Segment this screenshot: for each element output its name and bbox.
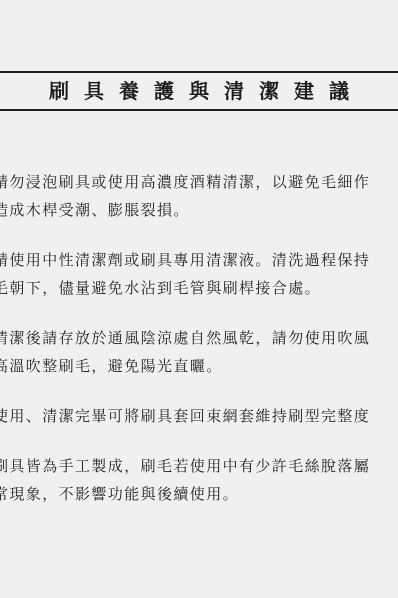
paragraph-line: 清潔後請存放於通風陰涼處自然風乾，請勿使用吹風 <box>0 324 398 352</box>
paragraph-line: 刷具皆為手工製成，刷毛若使用中有少許毛絲脫落屬 <box>0 452 398 480</box>
care-instructions: 請勿浸泡刷具或使用高濃度酒精清潔，以避免毛細作 造成木桿受潮、膨脹裂損。 請使用… <box>0 168 398 530</box>
title-band: 刷具養護與清潔建議 <box>0 71 398 111</box>
paragraph-shedding: 刷具皆為手工製成，刷毛若使用中有少許毛絲脫落屬 常現象，不影響功能與後續使用。 <box>0 452 398 508</box>
paragraph-storage: 使用、清潔完畢可將刷具套回束網套維持刷型完整度 <box>0 402 398 430</box>
paragraph-line: 請勿浸泡刷具或使用高濃度酒精清潔，以避免毛細作 <box>0 168 398 196</box>
paragraph-line: 常現象，不影響功能與後續使用。 <box>0 480 398 508</box>
paragraph-line: 毛朝下，儘量避免水沾到毛管與刷桿接合處。 <box>0 274 398 302</box>
paragraph-line: 使用、清潔完畢可將刷具套回束網套維持刷型完整度 <box>0 402 398 430</box>
paragraph-line: 請使用中性清潔劑或刷具專用清潔液。清洗過程保持 <box>0 246 398 274</box>
paragraph-soaking: 請勿浸泡刷具或使用高濃度酒精清潔，以避免毛細作 造成木桿受潮、膨脹裂損。 <box>0 168 398 224</box>
paragraph-cleanser: 請使用中性清潔劑或刷具專用清潔液。清洗過程保持 毛朝下，儘量避免水沾到毛管與刷桿… <box>0 246 398 302</box>
paragraph-line: 高溫吹整刷毛，避免陽光直曬。 <box>0 352 398 380</box>
paragraph-line: 造成木桿受潮、膨脹裂損。 <box>0 196 398 224</box>
paragraph-drying: 清潔後請存放於通風陰涼處自然風乾，請勿使用吹風 高溫吹整刷毛，避免陽光直曬。 <box>0 324 398 380</box>
page-title: 刷具養護與清潔建議 <box>0 73 398 109</box>
